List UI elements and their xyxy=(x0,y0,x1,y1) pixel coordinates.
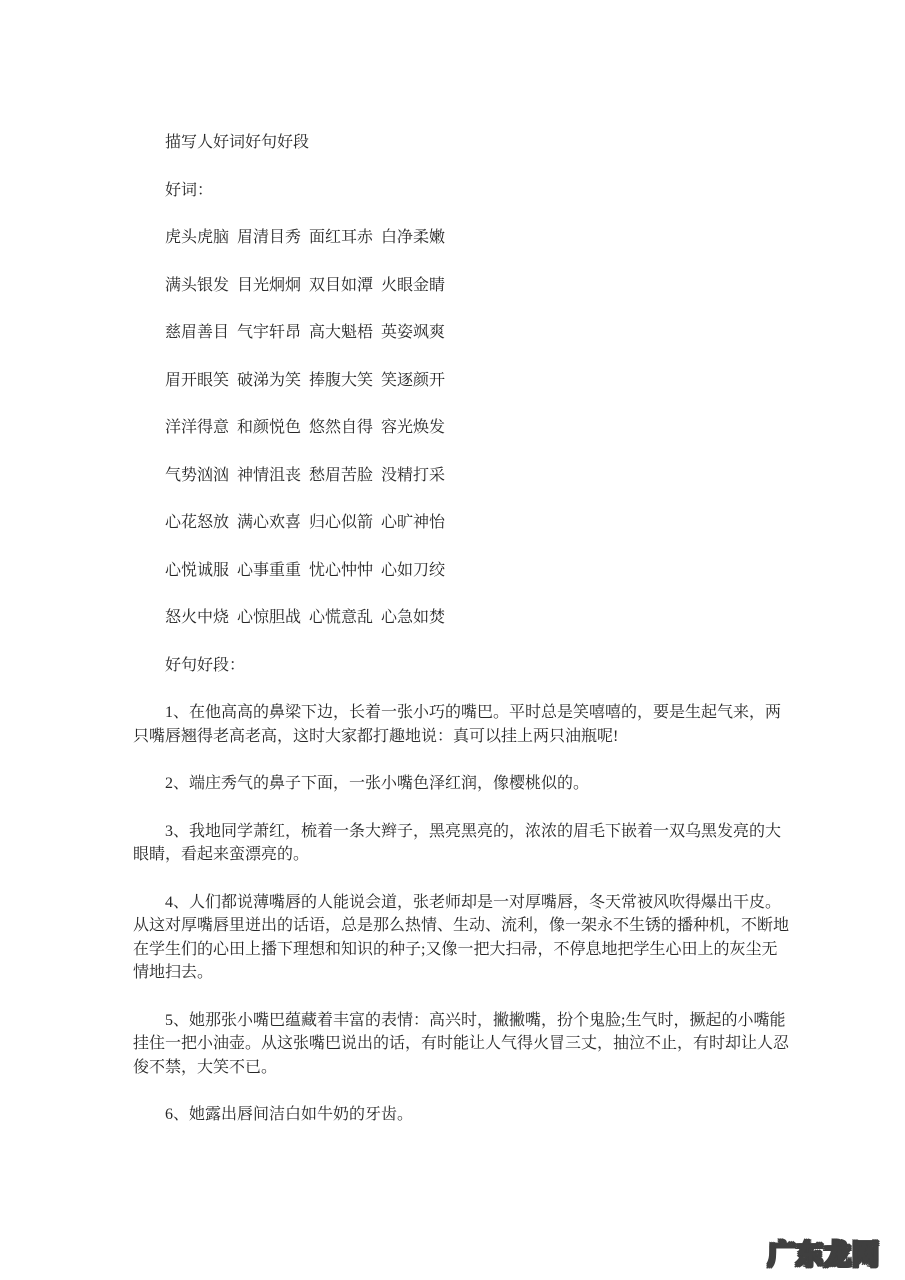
paragraph-1: 1、在他高高的鼻梁下边，长着一张小巧的嘴巴。平时总是笑嘻嘻的，要是生起气来，两只… xyxy=(133,701,789,748)
paragraph-4: 4、人们都说薄嘴唇的人能说会道，张老师却是一对厚嘴唇，冬天常被风吹得爆出干皮。从… xyxy=(133,891,789,985)
word-row-8: 心悦诚服 心事重重 忧心忡忡 心如刀绞 xyxy=(133,559,789,583)
good-words-label: 好词： xyxy=(133,179,789,203)
word-row-4: 眉开眼笑 破涕为笑 捧腹大笑 笑逐颜开 xyxy=(133,369,789,393)
document-content: 描写人好词好句好段 好词： 虎头虎脑 眉清目秀 面红耳赤 白净柔嫩 满头银发 目… xyxy=(133,131,789,1151)
paragraph-3: 3、我地同学萧红，梳着一条大辫子，黑亮黑亮的，浓浓的眉毛下嵌着一双乌黑发亮的大眼… xyxy=(133,820,789,867)
doc-title: 描写人好词好句好段 xyxy=(133,131,789,155)
word-row-6: 气势汹汹 神情沮丧 愁眉苦脸 没精打采 xyxy=(133,464,789,488)
watermark-logo: 广东龙网 xyxy=(768,1233,880,1272)
paragraph-5: 5、她那张小嘴巴蕴藏着丰富的表情：高兴时，撇撇嘴，扮个鬼脸;生气时，撅起的小嘴能… xyxy=(133,1009,789,1080)
word-row-9: 怒火中烧 心惊胆战 心慌意乱 心急如焚 xyxy=(133,606,789,630)
document-page: 描写人好词好句好段 好词： 虎头虎脑 眉清目秀 面红耳赤 白净柔嫩 满头银发 目… xyxy=(0,0,905,1280)
word-row-7: 心花怒放 满心欢喜 归心似箭 心旷神怡 xyxy=(133,511,789,535)
word-row-5: 洋洋得意 和颜悦色 悠然自得 容光焕发 xyxy=(133,416,789,440)
paragraph-6: 6、她露出唇间洁白如牛奶的牙齿。 xyxy=(133,1103,789,1127)
word-row-3: 慈眉善目 气宇轩昂 高大魁梧 英姿飒爽 xyxy=(133,321,789,345)
paragraph-2: 2、端庄秀气的鼻子下面，一张小嘴色泽红润，像樱桃似的。 xyxy=(133,772,789,796)
good-sentences-label: 好句好段： xyxy=(133,654,789,678)
word-row-2: 满头银发 目光炯炯 双目如潭 火眼金睛 xyxy=(133,274,789,298)
word-row-1: 虎头虎脑 眉清目秀 面红耳赤 白净柔嫩 xyxy=(133,226,789,250)
